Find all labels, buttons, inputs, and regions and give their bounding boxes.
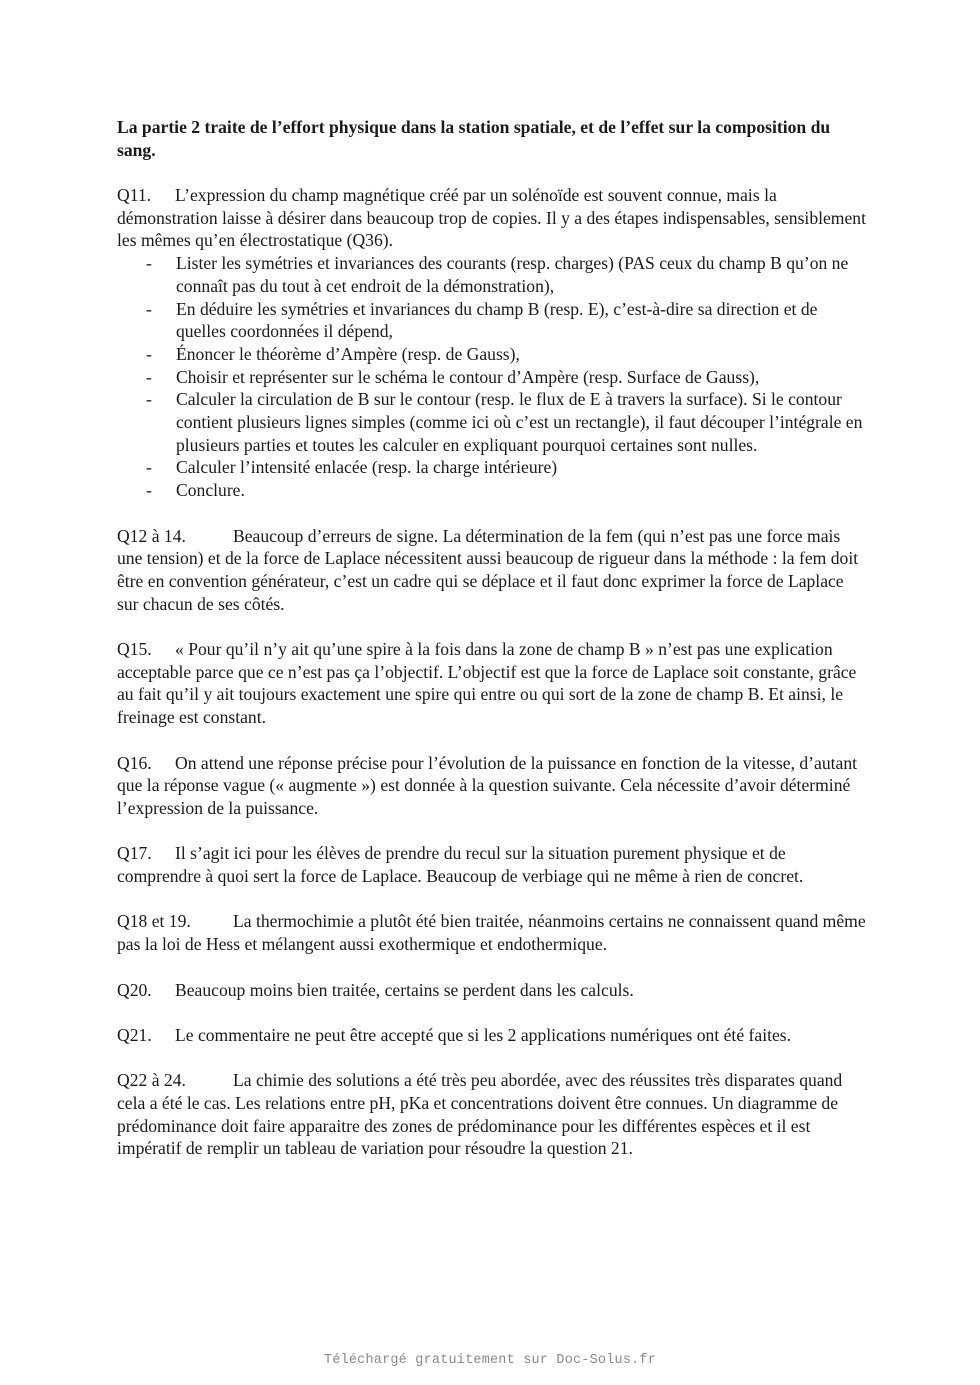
list-item: -Conclure. [117,479,867,502]
q17-label: Q17. [117,842,175,865]
document-page: La partie 2 traite de l’effort physique … [117,116,867,1183]
q21-paragraph: Q21.Le commentaire ne peut être accepté … [117,1024,867,1047]
download-watermark: Téléchargé gratuitement sur Doc-Solus.fr [0,1353,980,1368]
q11-steps-list: -Lister les symétries et invariances des… [117,252,867,502]
list-item: -Calculer l’intensité enlacée (resp. la … [117,456,867,479]
q18-19-paragraph: Q18 et 19.La thermochimie a plutôt été b… [117,910,867,955]
list-item: -En déduire les symétries et invariances… [117,298,867,343]
q11-intro: Q11.L’expression du champ magnétique cré… [117,184,867,252]
q16-paragraph: Q16.On attend une réponse précise pour l… [117,752,867,820]
q11-block: Q11.L’expression du champ magnétique cré… [117,184,867,502]
q16-label: Q16. [117,752,175,775]
list-item: -Calculer la circulation de B sur le con… [117,388,867,456]
bullet-dash: - [146,456,152,479]
q15-paragraph: Q15.« Pour qu’il n’y ait qu’une spire à … [117,638,867,729]
q22-24-label: Q22 à 24. [117,1069,233,1092]
q21-label: Q21. [117,1024,175,1047]
bullet-dash: - [146,479,152,502]
q20-paragraph: Q20.Beaucoup moins bien traitée, certain… [117,979,867,1002]
bullet-dash: - [146,343,152,366]
q11-label: Q11. [117,184,175,207]
bullet-dash: - [146,366,152,389]
q12-14-paragraph: Q12 à 14.Beaucoup d’erreurs de signe. La… [117,525,867,616]
bullet-dash: - [146,388,152,411]
list-item: -Lister les symétries et invariances des… [117,252,867,297]
q12-14-label: Q12 à 14. [117,525,233,548]
list-item: -Énoncer le théorème d’Ampère (resp. de … [117,343,867,366]
q18-19-label: Q18 et 19. [117,910,233,933]
q15-label: Q15. [117,638,175,661]
q22-24-paragraph: Q22 à 24.La chimie des solutions a été t… [117,1069,867,1160]
bullet-dash: - [146,252,152,275]
section-title: La partie 2 traite de l’effort physique … [117,116,867,162]
q11-text: L’expression du champ magnétique créé pa… [117,185,866,250]
q20-label: Q20. [117,979,175,1002]
bullet-dash: - [146,298,152,321]
list-item: -Choisir et représenter sur le schéma le… [117,366,867,389]
q17-paragraph: Q17.Il s’agit ici pour les élèves de pre… [117,842,867,887]
